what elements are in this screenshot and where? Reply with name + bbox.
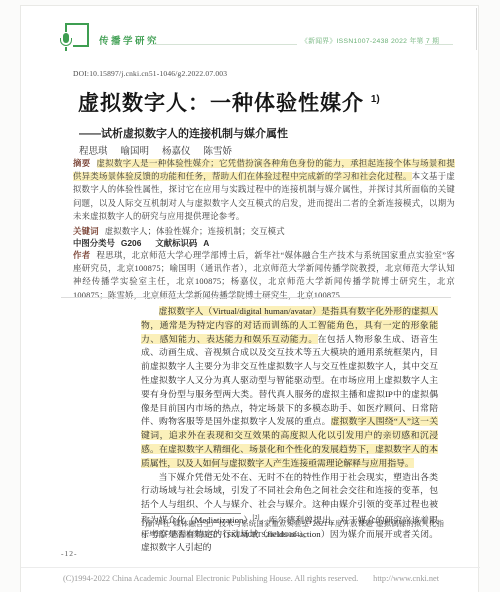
mic-stand [60, 38, 72, 46]
author-bio-paragraph: 作者程思琪，北京师范大学心理学部博士后，新华社“媒体融合生产技术与系统国家重点实… [73, 249, 455, 302]
header-rule-right [425, 44, 453, 45]
abstract-label: 摘要 [73, 159, 91, 168]
classification-line: 中图分类号G206文献标识码A [73, 237, 215, 249]
article-title: 虚拟数字人：一种体验性媒介 1) [78, 87, 380, 117]
header-rule-left [151, 44, 297, 45]
doc-code-label: 文献标识码 [155, 238, 197, 248]
author-name: 陈雪娇 [204, 143, 233, 157]
paper-page: 传播学研究 《新闻界》ISSN1007-2438 2022 年第 7 期 DOI… [20, 5, 479, 592]
title-footnote-marker: 1) [371, 94, 380, 105]
mic-stem [65, 47, 67, 51]
abstract-paragraph: 摘要虚拟数字人是一种体验性媒介；它凭借扮演各种角色身份的能力，承担起连接个体与场… [73, 157, 455, 223]
body-paragraph-1: 虚拟数字人（Virtual/digital human/avatar）是指具有数… [141, 305, 438, 471]
abstract-text: 虚拟数字人是一种体验性媒介；它凭借扮演各种角色身份的能力，承担起连接个体与场景和… [73, 159, 455, 221]
column-title: 传播学研究 [99, 33, 159, 47]
author-name: 杨嘉仪 [162, 143, 191, 157]
mic-glyph [59, 32, 73, 53]
clc-value: G206 [121, 238, 142, 248]
doc-code-value: A [203, 238, 209, 248]
journal-issue-info: 《新闻界》ISSN1007-2438 2022 年第 7 期 [301, 35, 439, 45]
header-vertical-rule [476, 8, 477, 50]
cnki-stamp: (C)1994-2022 China Academic Journal Elec… [63, 574, 439, 583]
keywords-label: 关键词 [73, 227, 99, 236]
cnki-url: http://www.cnki.net [373, 574, 439, 583]
copyright-notice: (C)1994-2022 China Academic Journal Elec… [63, 574, 358, 583]
author-bio-text: 程思琪，北京师范大学心理学部博士后，新华社“媒体融合生产技术与系统国家重点实验室… [73, 251, 455, 300]
article-subtitle: ——试析虚拟数字人的连接机制与媒介属性 [79, 125, 288, 141]
author-name: 喻国明 [121, 143, 150, 157]
clc-label: 中图分类号 [73, 238, 115, 248]
page-number: -12- [61, 549, 78, 558]
keywords-text: 虚拟数字人；体验性媒介；连接机制；交互模式 [105, 227, 285, 236]
author-name: 程思琪 [79, 143, 108, 157]
footnote-text: 1)新华社“媒体融合生产技术与系统国家重点实验室”2021年度开放课题“虚拟偶像… [141, 518, 444, 540]
text-segment: 在包括人物形象生成、语音生成、动画生成、音视频合成以及交互技术等五大模块的通用系… [141, 334, 438, 427]
section-divider [61, 297, 451, 298]
footer-divider [21, 567, 480, 568]
author-bio-label: 作者 [73, 251, 91, 260]
highlighted-text: 虚拟数字人是一种体验性媒介；它凭借扮演各种角色身份的能力，承担起连接个体与场景和… [73, 159, 455, 181]
authors-line: 程思琪喻国明杨嘉仪陈雪娇 [79, 143, 232, 157]
footnote-divider [141, 513, 241, 514]
article-title-text: 虚拟数字人：一种体验性媒介 [78, 92, 364, 115]
doi-line: DOI:10.15897/j.cnki.cn51-1046/g2.2022.07… [73, 69, 227, 78]
microphone-icon [59, 22, 91, 53]
